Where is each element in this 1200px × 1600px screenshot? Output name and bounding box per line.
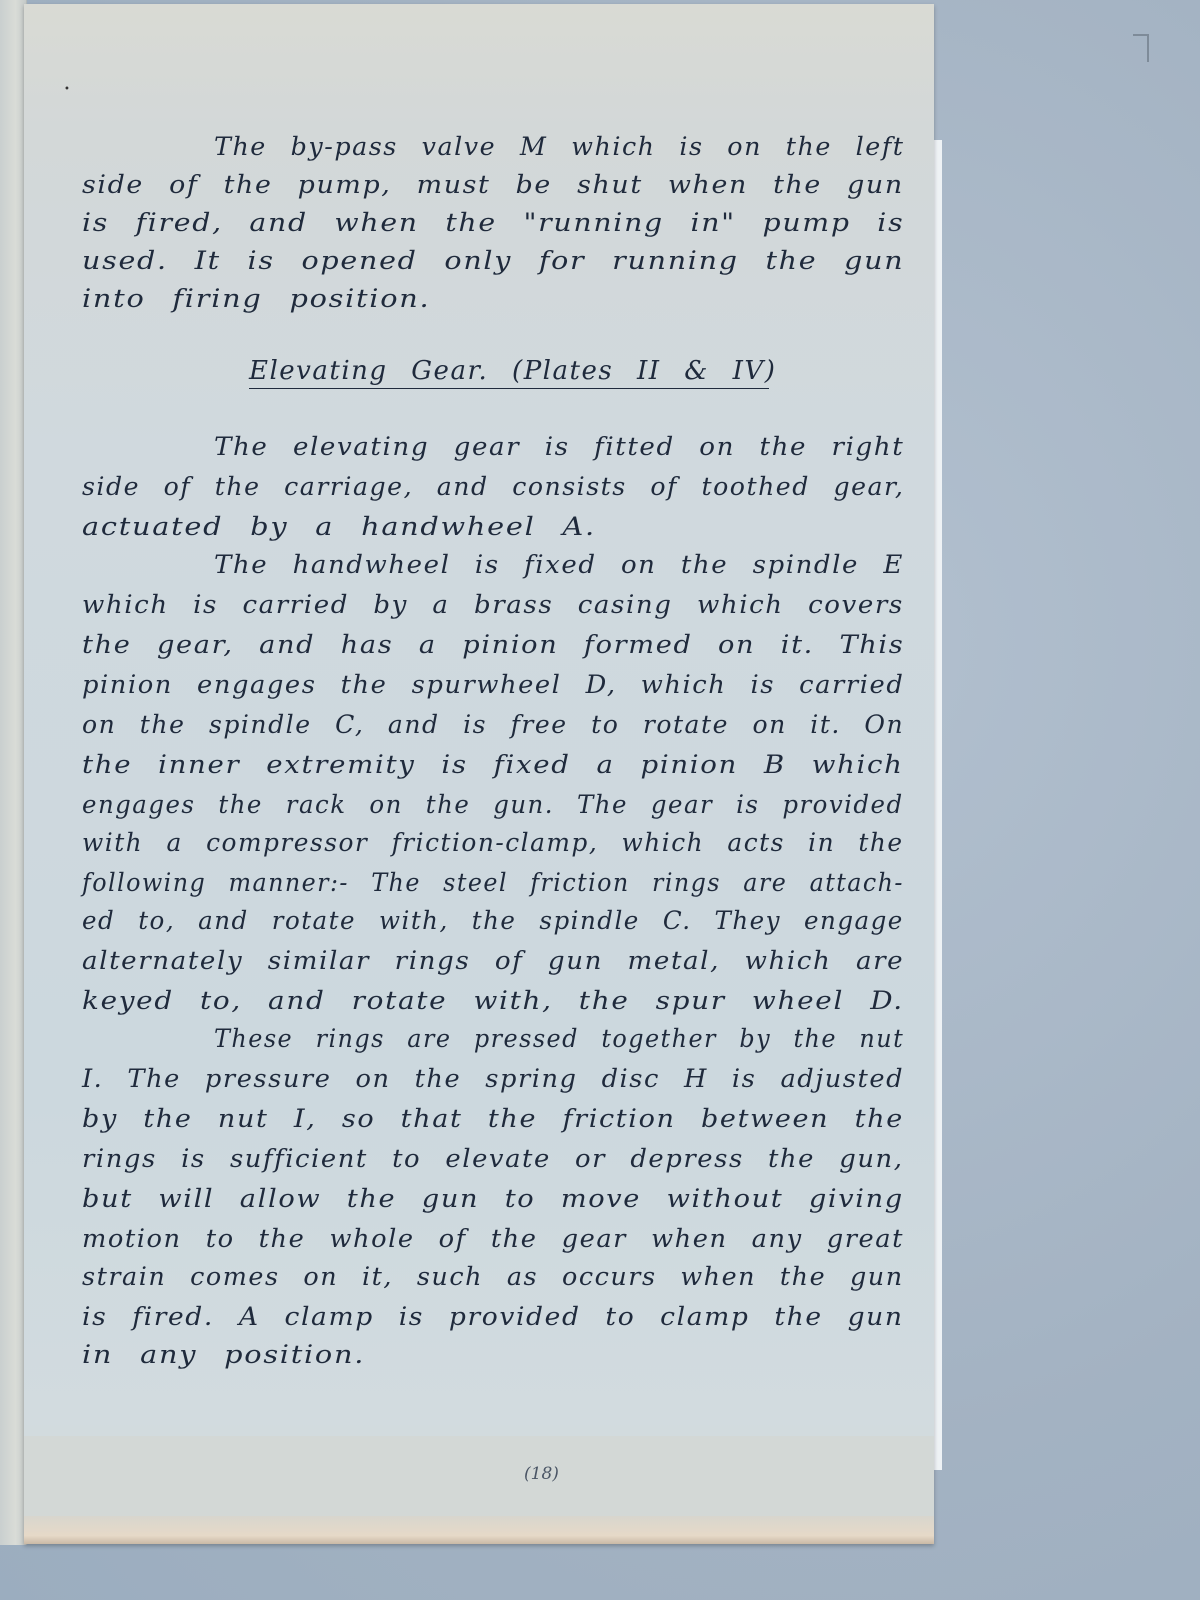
text-line: into firing position. [82,284,430,313]
text-line: but will allow the gun to move without g… [82,1184,904,1213]
ink-speck: • [64,84,70,95]
text-line: the gear, and has a pinion formed on it.… [82,630,904,659]
text-line: I. The pressure on the spring disc H is … [82,1064,904,1093]
text-line: These rings are pressed together by the … [214,1024,904,1053]
text-line: side of the carriage, and consists of to… [82,472,904,501]
text-line: alternately similar rings of gun metal, … [82,946,904,975]
text-line: The handwheel is fixed on the spindle E [214,550,904,579]
background-mark [1133,34,1149,62]
text-line: by the nut I, so that the friction betwe… [82,1104,904,1133]
text-line: following manner:- The steel friction ri… [82,868,904,897]
text-line: on the spindle C, and is free to rotate … [82,710,904,739]
text-line: strain comes on it, such as occurs when … [82,1262,904,1291]
page-footer-band [24,1436,934,1516]
text-line: with a compressor friction-clamp, which … [82,828,904,857]
text-line: actuated by a handwheel A. [82,512,596,541]
text-line: pinion engages the spurwheel D, which is… [82,670,904,699]
text-line: in any position. [82,1340,365,1369]
text-line: motion to the whole of the gear when any… [82,1224,904,1253]
text-line: is fired, and when the "running in" pump… [82,208,904,237]
section-heading: Elevating Gear. (Plates II & IV) [249,356,769,389]
text-line: rings is sufficient to elevate or depres… [82,1144,903,1173]
text-line: is fired. A clamp is provided to clamp t… [82,1302,904,1331]
page-number: (18) [524,1464,559,1484]
page-bottom-edge [24,1516,934,1544]
text-line: The by-pass valve M which is on the left [214,132,904,161]
text-line: The elevating gear is fitted on the righ… [214,432,904,461]
text-line: keyed to, and rotate with, the spur whee… [82,986,904,1015]
text-line: ed to, and rotate with, the spindle C. T… [82,906,904,935]
manuscript-page: • The by-pass valve M which is on the le… [24,4,934,1544]
text-line: which is carried by a brass casing which… [82,590,904,619]
text-line: engages the rack on the gun. The gear is… [82,790,904,819]
text-line: the inner extremity is fixed a pinion B … [82,750,904,779]
text-line: used. It is opened only for running the … [82,246,904,275]
text-line: side of the pump, must be shut when the … [82,170,904,199]
left-page-edge [0,0,27,1545]
